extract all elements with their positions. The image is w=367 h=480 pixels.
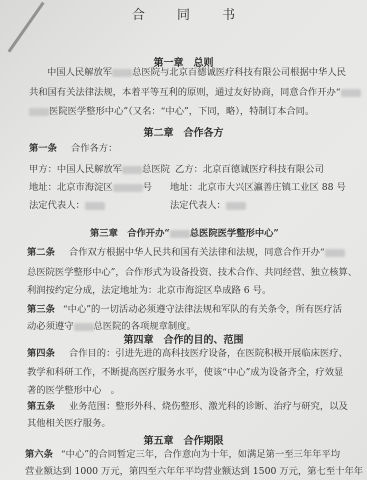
article-2-line-3: 利润按约定分成，法定地址为：北京市海淀区阜成路 6 号。 (27, 285, 271, 297)
text: 地址：北京市海淀区 (29, 182, 113, 193)
preamble-line-2: 共和国有关法律法规，本着平等互利的原则，通过友好协商，同意合作开办“ (29, 87, 361, 99)
redacted-text (341, 89, 361, 97)
text: 医院医学整形中心”（又名：“中心”，下同，略），特制订本合同。 (49, 106, 314, 117)
chapter-3-heading: 第三章 合作开办“总医院医学整形中心” (90, 228, 279, 240)
article-6-line-1: 第六条“中心”的合同暂定三年，合作意向为十年，如满足第一至三年年平均 (25, 449, 340, 461)
rep-b: 法定代表人： (170, 200, 246, 212)
text: 总医院医学整形中心” (190, 228, 279, 239)
chapter-5-heading: 第五章 合作期限 (0, 432, 367, 447)
text: 合作各方： (71, 143, 118, 154)
redacted-text (85, 202, 105, 210)
rep-a: 法定代表人： (29, 200, 105, 212)
party-a: 甲方：中国人民解放军总医院 (29, 164, 170, 176)
preamble-line-3: 医院医学整形中心”（又名：“中心”，下同，略），特制订本合同。 (29, 106, 314, 118)
article-4-line-3: 著的医学整形中心 。 (27, 385, 120, 397)
article-5-line-1: 第五条业务范围：整形外科、烧伤整形、激光科的诊断、治疗与研究，以及 (27, 401, 348, 413)
chapter-4-heading: 第四章 合作的目的、范围 (0, 331, 367, 346)
redacted-text (122, 166, 142, 174)
article-label: 第一条 (29, 143, 57, 154)
text: 合作目的：引进先进的高科技医疗设备，在医院积极开展临床医疗、 (69, 348, 348, 359)
redacted-text (170, 230, 190, 238)
article-3-line-1: 第三条“中心”的一切活动必须遵守法律法规和军队的有关条令，所有医疗活 (27, 304, 342, 316)
redacted-text (226, 202, 246, 210)
contract-page: 合 同 书 第一章 总则 中国人民解放军总医院与北京百德诚医疗科技有限公司根据中… (0, 0, 367, 480)
text: 甲方：中国人民解放军 (29, 164, 122, 175)
document-title: 合 同 书 (0, 4, 367, 23)
article-label: 第二条 (27, 247, 55, 258)
article-label: 第六条 (25, 449, 53, 460)
redacted-text (74, 323, 94, 331)
text: 第三章 合作开办“ (90, 228, 170, 239)
text: 中国人民解放军 (47, 67, 112, 78)
article-4-line-1: 第四条合作目的：引进先进的高科技医疗设备，在医院积极开展临床医疗、 (27, 348, 348, 360)
article-1: 第一条合作各方： (29, 143, 117, 155)
text: 总医院 (142, 164, 170, 175)
redacted-text (29, 108, 49, 116)
text: “中心”的合同暂定三年，合作意向为十年，如满足第一至三年年平均 (61, 449, 340, 460)
text: 共和国有关法律法规，本着平等互利的原则，通过友好协商，同意合作开办“ (29, 87, 341, 98)
article-label: 第四条 (27, 348, 55, 359)
article-label: 第三条 (27, 304, 55, 315)
article-2-line-2: 总医院医学整形中心”，合作形式为设备投资、技术合作、共同经营、独立核算、 (27, 267, 357, 279)
text: 法定代表人： (170, 200, 226, 211)
article-label: 第五条 (27, 401, 55, 412)
text: 合作双方根据中华人民共和国有关法律和法规，同意合作开办“ (69, 247, 325, 258)
chapter-2-heading: 第二章 合作各方 (0, 124, 367, 139)
address-a: 地址：北京市海淀区号 (29, 182, 152, 194)
article-4-line-2: 教学和科研工作，不断提高医疗服务水平，使该“中心”成为设备齐全，疗效显 (27, 367, 343, 379)
text: 法定代表人： (29, 200, 85, 211)
redacted-text (325, 249, 345, 257)
text: 号 (143, 182, 152, 193)
preamble-line-1: 中国人民解放军总医院与北京百德诚医疗科技有限公司根据中华人民 (47, 67, 346, 79)
address-b: 地址：北京市大兴区瀛善庄镇工业区 88 号 (170, 182, 346, 194)
article-5-line-2: 其他相关医疗服务。 (27, 418, 111, 430)
text: 业务范围：整形外科、烧伤整形、激光科的诊断、治疗与研究，以及 (69, 401, 348, 412)
redacted-text (113, 184, 143, 192)
party-b: 乙方：北京百德诚医疗科技有限公司 (175, 164, 324, 176)
text: 总医院与北京百德诚医疗科技有限公司根据中华人民 (132, 67, 346, 78)
article-2-line-1: 第二条合作双方根据中华人民共和国有关法律和法规，同意合作开办“ (27, 247, 345, 259)
text: “中心”的一切活动必须遵守法律法规和军队的有关条令，所有医疗活 (63, 304, 342, 315)
redacted-text (112, 69, 132, 77)
article-6-line-2: 营业额达到 1000 万元，第四至六年年平均营业额达到 1500 万元，第七至十… (25, 466, 363, 478)
